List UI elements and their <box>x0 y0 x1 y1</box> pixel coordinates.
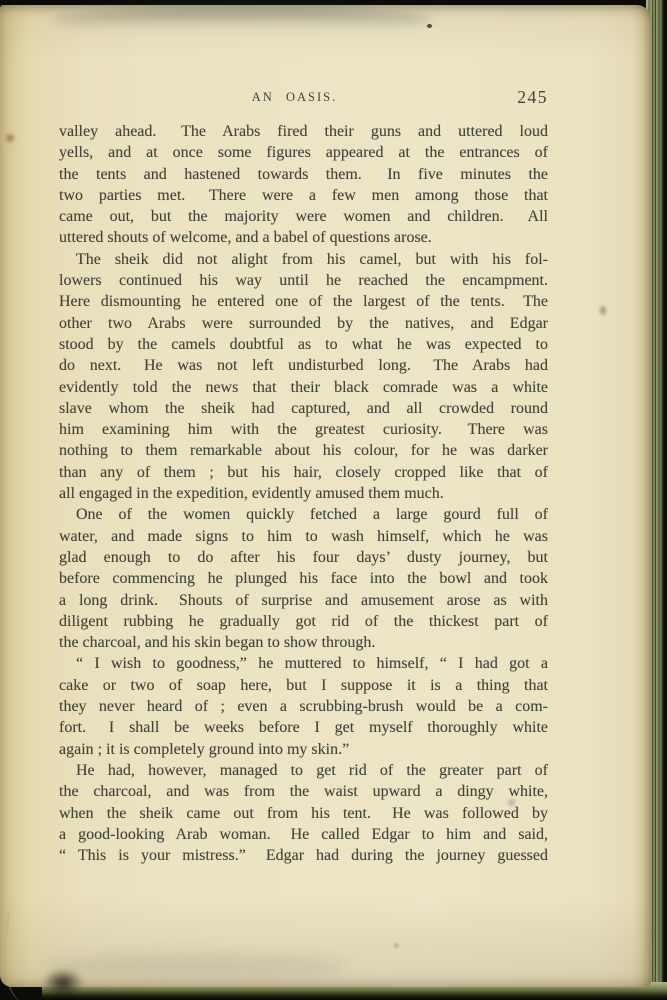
text-line: all engaged in the expedition, evidently… <box>59 483 548 504</box>
paper-stain <box>508 799 515 806</box>
text-line: a long drink. Shouts of surprise and amu… <box>59 590 548 611</box>
scan-shadow-bottom <box>48 953 348 979</box>
text-line: diligent rubbing he gradually got rid of… <box>59 611 548 632</box>
text-line: slave whom the sheik had captured, and a… <box>59 398 548 419</box>
paper-stain <box>394 943 399 948</box>
text-line: yells, and at once some figures appeared… <box>59 142 548 163</box>
text-line: do next. He was not left undisturbed lon… <box>59 355 548 376</box>
text-line: cake or two of soap here, but I suppose … <box>59 675 548 696</box>
text-line: “ I wish to goodness,” he muttered to hi… <box>59 653 548 674</box>
text-line: they never heard of ; even a scrubbing-b… <box>59 696 548 717</box>
text-line: the charcoal, and his skin began to show… <box>59 632 548 653</box>
text-line: before commencing he plunged his face in… <box>59 568 548 589</box>
scan-shadow-top <box>52 7 432 33</box>
text-line: Here dismounting he entered one of the l… <box>59 291 548 312</box>
ink-speck <box>427 24 432 28</box>
paper-stain <box>6 134 14 142</box>
text-line: two parties met. There were a few men am… <box>59 185 548 206</box>
page-number: 245 <box>517 87 548 108</box>
text-line: uttered shouts of welcome, and a babel o… <box>59 227 548 248</box>
text-line: valley ahead. The Arabs fired their guns… <box>59 121 548 142</box>
text-line: nothing to them remarkable about his col… <box>59 440 548 461</box>
text-line: One of the women quickly fetched a large… <box>59 504 548 525</box>
page-header: AN OASIS. 245 <box>59 87 548 109</box>
text-line: him examining him with the greatest curi… <box>59 419 548 440</box>
text-line: a good-looking Arab woman. He called Edg… <box>59 824 548 845</box>
page-text: valley ahead. The Arabs fired their guns… <box>59 121 548 866</box>
book-scan: AN OASIS. 245 valley ahead. The Arabs fi… <box>0 0 667 1000</box>
text-line: the charcoal, and was from the waist upw… <box>59 781 548 802</box>
text-line: than any of them ; but his hair, closely… <box>59 462 548 483</box>
text-line: lowers continued his way until he reache… <box>59 270 548 291</box>
running-title: AN OASIS. <box>50 90 539 105</box>
text-line: stood by the camels doubtful as to what … <box>59 334 548 355</box>
text-line: other two Arabs were surrounded by the n… <box>59 313 548 334</box>
corner-shadow <box>42 968 84 998</box>
text-line: The sheik did not alight from his camel,… <box>59 249 548 270</box>
page-curl-line <box>0 911 40 1000</box>
text-line: again ; it is completely ground into my … <box>59 739 548 760</box>
text-line: fort. I shall be weeks before I get myse… <box>59 717 548 738</box>
text-line: He had, however, managed to get rid of t… <box>59 760 548 781</box>
text-line: the tents and hastened towards them. In … <box>59 164 548 185</box>
text-line: evidently told the news that their black… <box>59 377 548 398</box>
text-line: “ This is your mistress.” Edgar had duri… <box>59 845 548 866</box>
book-page: AN OASIS. 245 valley ahead. The Arabs fi… <box>0 5 651 987</box>
text-line: water, and made signs to him to wash him… <box>59 526 548 547</box>
text-line: glad enough to do after his four days’ d… <box>59 547 548 568</box>
paper-stain <box>600 306 606 315</box>
text-line: came out, but the majority were women an… <box>59 206 548 227</box>
text-line: when the sheik came out from his tent. H… <box>59 803 548 824</box>
